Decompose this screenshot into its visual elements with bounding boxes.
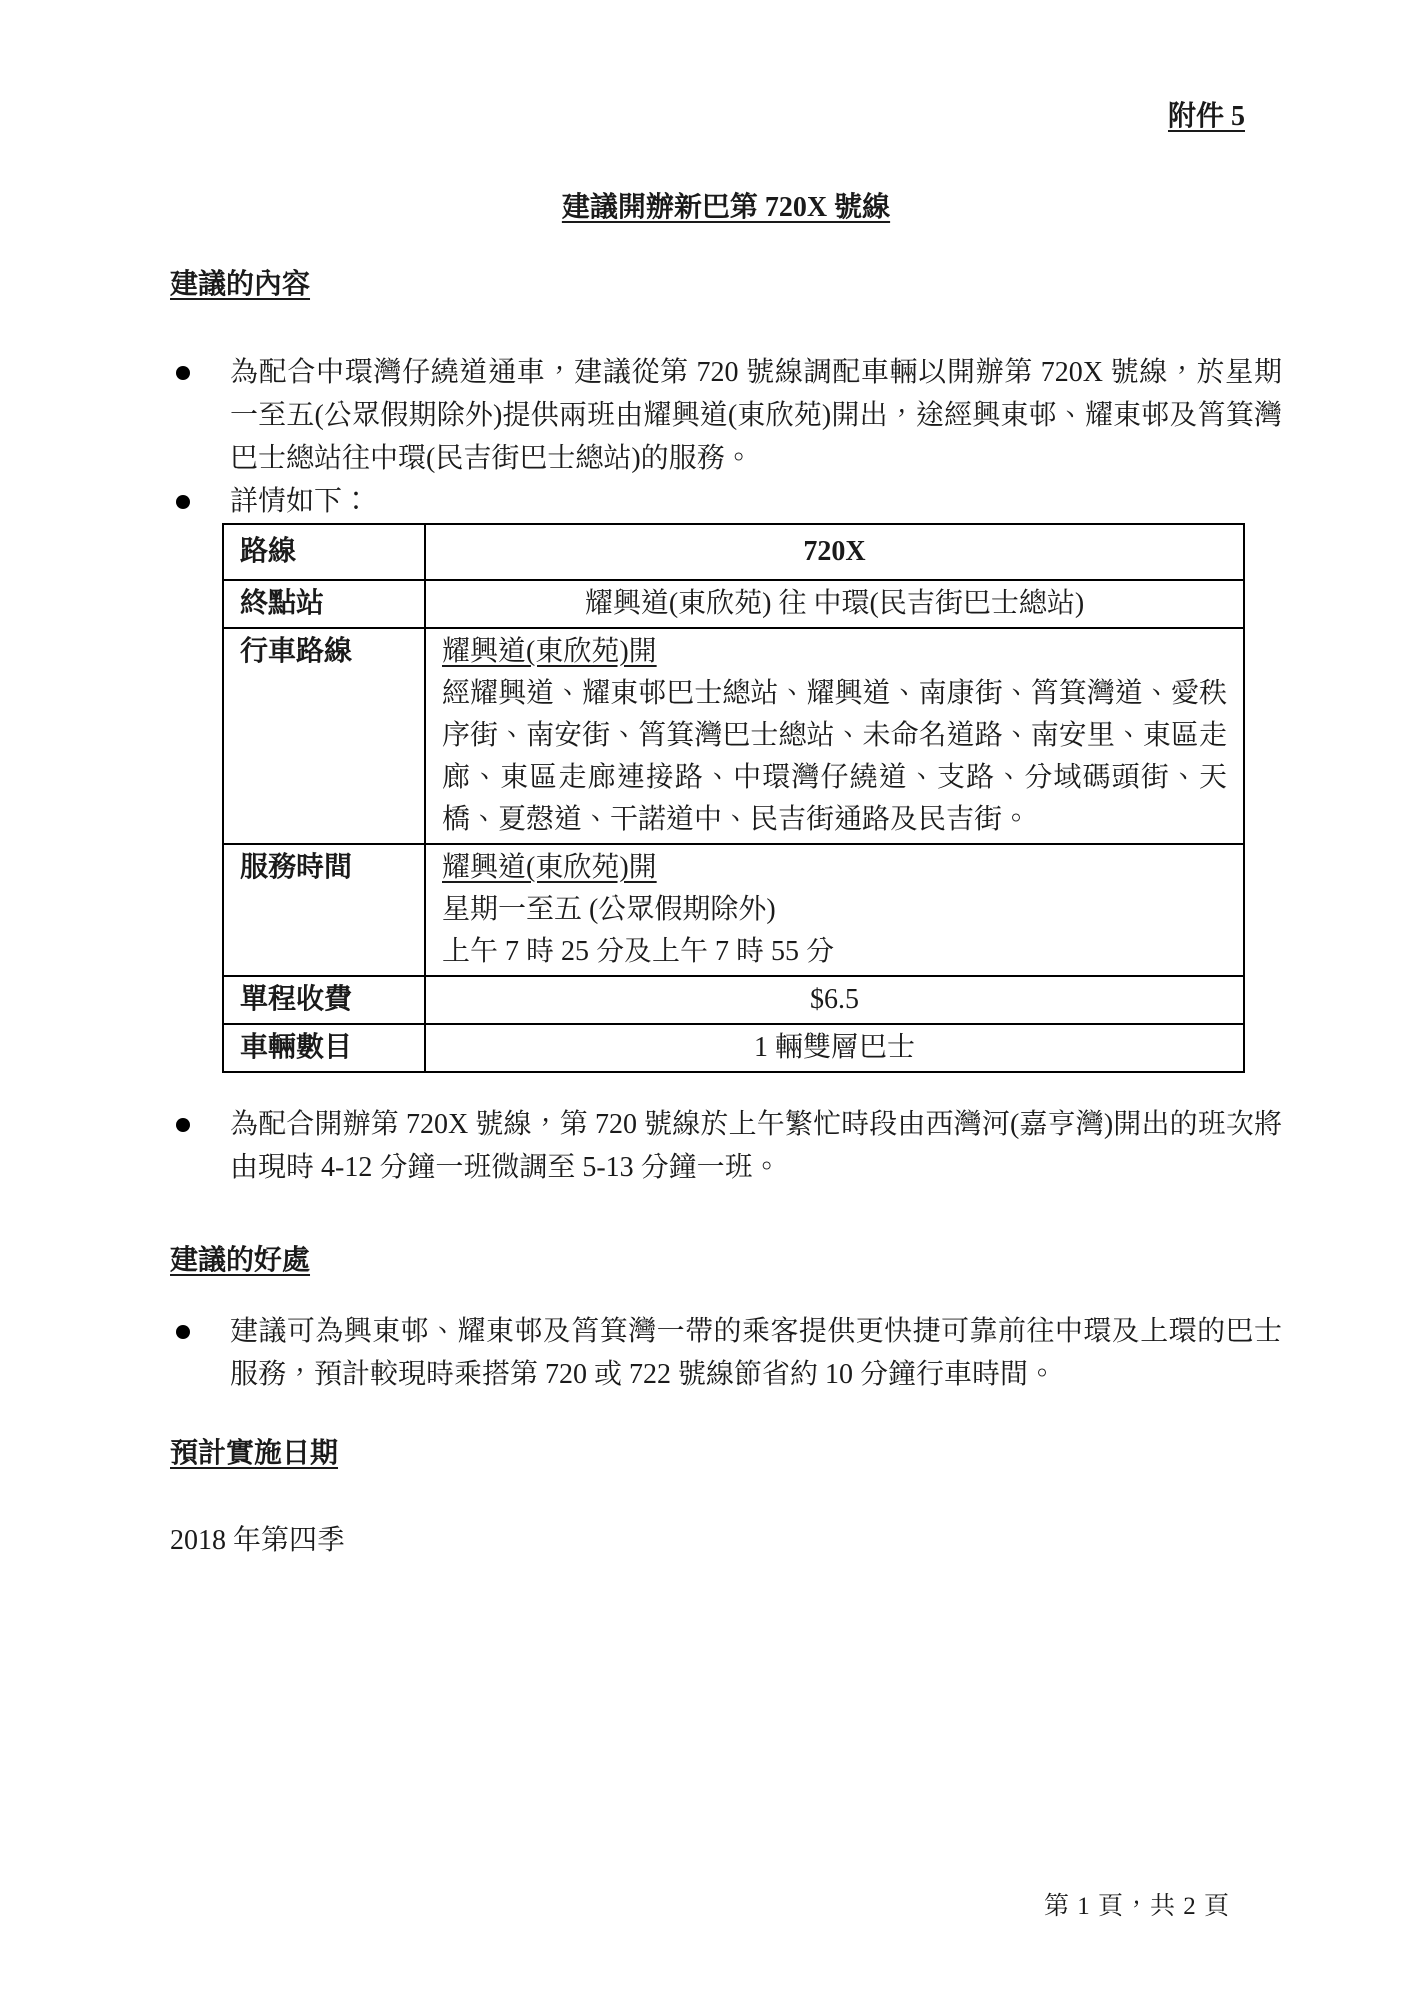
bullet-item-frequency-adjustment: 為配合開辦第 720X 號線，第 720 號線於上午繁忙時段由西灣河(嘉亨灣)開… <box>170 1103 1282 1189</box>
row-label: 服務時間 <box>223 844 425 976</box>
section-heading-benefits: 建議的好處 <box>170 1239 1282 1282</box>
row-label: 終點站 <box>223 580 425 628</box>
row-value: 720X <box>425 524 1244 580</box>
route-details-table: 路線 720X 終點站 耀興道(東欣苑) 往 中環(民吉街巴士總站) 行車路線 … <box>222 523 1245 1073</box>
table-row-routing: 行車路線 耀興道(東欣苑)開 經耀興道、耀東邨巴士總站、耀興道、南康街、筲箕灣道… <box>223 628 1244 844</box>
hours-days: 星期一至五 (公眾假期除外) <box>442 889 1227 931</box>
section-heading-proposal-content: 建議的內容 <box>170 263 1282 306</box>
bullet-item-details-intro: 詳情如下： <box>170 480 1282 523</box>
row-value: $6.5 <box>425 976 1244 1024</box>
bullet-item-proposal: 為配合中環灣仔繞道通車，建議從第 720 號線調配車輛以開辦第 720X 號線，… <box>170 351 1282 480</box>
attachment-label: 附件 5 <box>170 95 1282 138</box>
row-label: 單程收費 <box>223 976 425 1024</box>
page-title: 建議開辦新巴第 720X 號線 <box>170 186 1282 229</box>
page-number-indicator: 第 1 頁，共 2 頁 <box>1044 1891 1230 1923</box>
section-heading-text: 建議的內容 <box>170 269 310 300</box>
routing-direction: 耀興道(東欣苑)開 <box>442 631 1227 673</box>
bullet-text: 詳情如下： <box>230 486 370 517</box>
document-page: 附件 5 建議開辦新巴第 720X 號線 建議的內容 為配合中環灣仔繞道通車，建… <box>0 0 1415 2000</box>
row-label: 行車路線 <box>223 628 425 844</box>
row-value: 耀興道(東欣苑) 往 中環(民吉街巴士總站) <box>425 580 1244 628</box>
row-label: 路線 <box>223 524 425 580</box>
bullet-icon <box>176 366 190 380</box>
table-row-fleet: 車輛數目 1 輛雙層巴士 <box>223 1024 1244 1072</box>
row-value: 1 輛雙層巴士 <box>425 1024 1244 1072</box>
bullet-icon <box>176 495 190 509</box>
bullet-icon <box>176 1325 190 1339</box>
implementation-date: 2018 年第四季 <box>170 1519 1282 1562</box>
row-value: 耀興道(東欣苑)開 星期一至五 (公眾假期除外) 上午 7 時 25 分及上午 … <box>425 844 1244 976</box>
table-row-service-hours: 服務時間 耀興道(東欣苑)開 星期一至五 (公眾假期除外) 上午 7 時 25 … <box>223 844 1244 976</box>
section-heading-text: 預計實施日期 <box>170 1438 338 1469</box>
section-heading-text: 建議的好處 <box>170 1245 310 1276</box>
bullet-icon <box>176 1118 190 1132</box>
hours-direction: 耀興道(東欣苑)開 <box>442 847 1227 889</box>
bullet-item-benefits: 建議可為興東邨、耀東邨及筲箕灣一帶的乘客提供更快捷可靠前往中環及上環的巴士服務，… <box>170 1310 1282 1396</box>
bullet-text: 為配合中環灣仔繞道通車，建議從第 720 號線調配車輛以開辦第 720X 號線，… <box>230 357 1282 474</box>
bullet-text: 建議可為興東邨、耀東邨及筲箕灣一帶的乘客提供更快捷可靠前往中環及上環的巴士服務，… <box>230 1316 1282 1390</box>
table-row-terminus: 終點站 耀興道(東欣苑) 往 中環(民吉街巴士總站) <box>223 580 1244 628</box>
row-label: 車輛數目 <box>223 1024 425 1072</box>
routing-detail: 經耀興道、耀東邨巴士總站、耀興道、南康街、筲箕灣道、愛秩序街、南安街、筲箕灣巴士… <box>442 673 1227 841</box>
bullet-text: 為配合開辦第 720X 號線，第 720 號線於上午繁忙時段由西灣河(嘉亨灣)開… <box>230 1109 1282 1183</box>
section-heading-implementation-date: 預計實施日期 <box>170 1432 1282 1475</box>
hours-times: 上午 7 時 25 分及上午 7 時 55 分 <box>442 931 1227 973</box>
page-title-text: 建議開辦新巴第 720X 號線 <box>562 192 890 223</box>
row-value: 耀興道(東欣苑)開 經耀興道、耀東邨巴士總站、耀興道、南康街、筲箕灣道、愛秩序街… <box>425 628 1244 844</box>
table-row-route-number: 路線 720X <box>223 524 1244 580</box>
attachment-label-text: 附件 5 <box>1168 101 1245 132</box>
table-row-fare: 單程收費 $6.5 <box>223 976 1244 1024</box>
